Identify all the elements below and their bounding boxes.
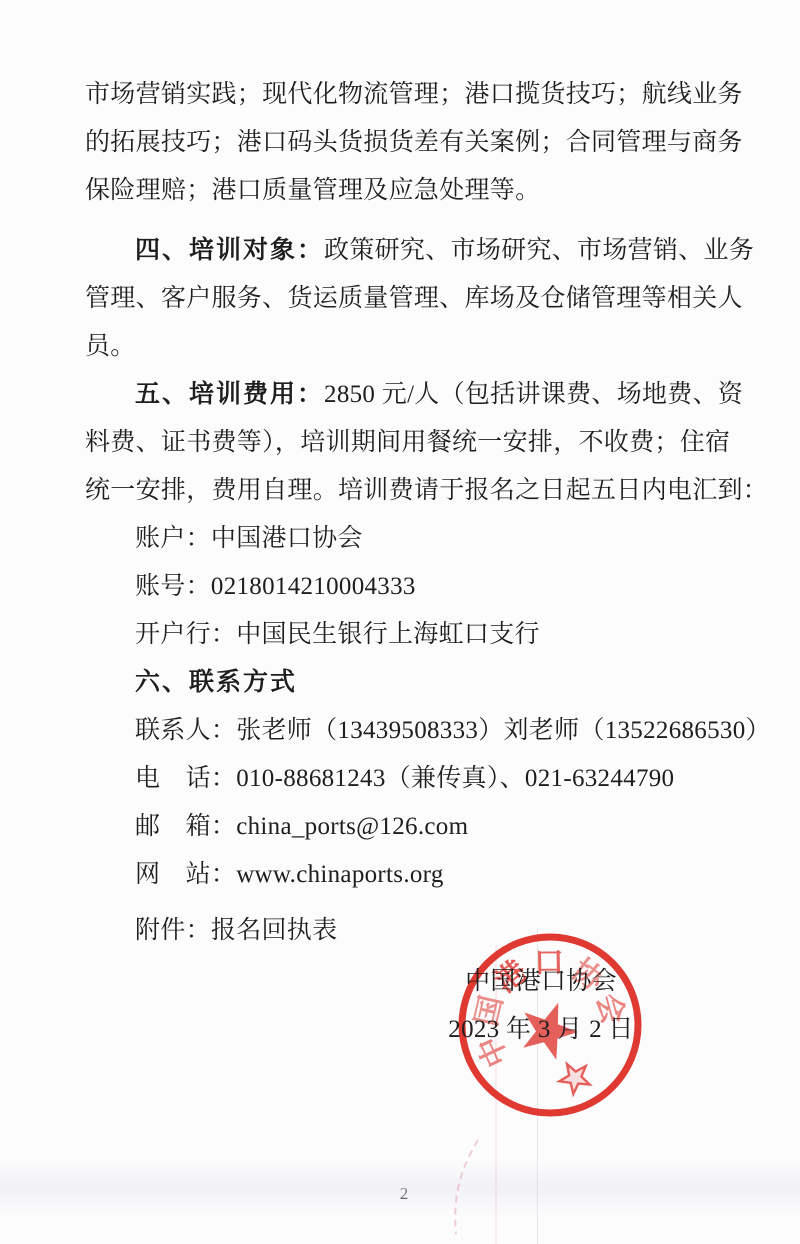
contact-phone-line: 电 话：010-88681243（兼传真）、021-63244790 [85, 755, 730, 803]
signature-block: 中国港口协会 2023 年 3 月 2 日 [396, 958, 686, 1054]
section4-text: 政策研究、市场研究、市场营销、业务 [324, 237, 754, 264]
ink-bleed-artifact [440, 1130, 520, 1244]
scanned-document-page: 市场营销实践；现代化物流管理；港口揽货技巧；航线业务 的拓展技巧；港口码头货损货… [0, 0, 800, 1244]
section5-text: 2850 元/人（包括讲课费、场地费、资 [324, 381, 743, 408]
section4-line: 员。 [85, 323, 730, 371]
signature-org: 中国港口协会 [396, 958, 686, 1006]
section5-heading: 五、培训费用： [135, 381, 324, 408]
signature-date: 2023 年 3 月 2 日 [396, 1006, 686, 1054]
scan-shading-band [0, 1160, 800, 1218]
bank-account-number: 账号：0218014210004333 [85, 563, 730, 611]
section4-first-line: 四、培训对象：政策研究、市场研究、市场营销、业务 [85, 227, 730, 275]
section5-line: 料费、证书费等），培训期间用餐统一安排，不收费；住宿 [85, 419, 730, 467]
bank-branch: 开户行：中国民生银行上海虹口支行 [85, 611, 730, 659]
intro-paragraph-line: 保险理赔；港口质量管理及应急处理等。 [85, 167, 730, 215]
section5-line: 统一安排，费用自理。培训费请于报名之日起五日内电汇到： [85, 467, 730, 515]
section5-first-line: 五、培训费用：2850 元/人（包括讲课费、场地费、资 [85, 371, 730, 419]
section6-heading: 六、联系方式 [85, 659, 730, 707]
bank-account-name: 账户：中国港口协会 [85, 515, 730, 563]
contact-email-line: 邮 箱：china_ports@126.com [85, 803, 730, 851]
section4-heading: 四、培训对象： [135, 237, 324, 264]
contact-website-line: 网 站：www.chinaports.org [85, 851, 730, 899]
intro-paragraph-line: 的拓展技巧；港口码头货损货差有关案例；合同管理与商务 [85, 119, 730, 167]
document-body: 市场营销实践；现代化物流管理；港口揽货技巧；航线业务 的拓展技巧；港口码头货损货… [85, 71, 730, 955]
seal-small-star-icon [559, 1064, 589, 1094]
contact-persons-line: 联系人：张老师（13439508333）刘老师（13522686530） [85, 707, 730, 755]
section4-line: 管理、客户服务、货运质量管理、库场及仓储管理等相关人 [85, 275, 730, 323]
intro-paragraph-line: 市场营销实践；现代化物流管理；港口揽货技巧；航线业务 [85, 71, 730, 119]
